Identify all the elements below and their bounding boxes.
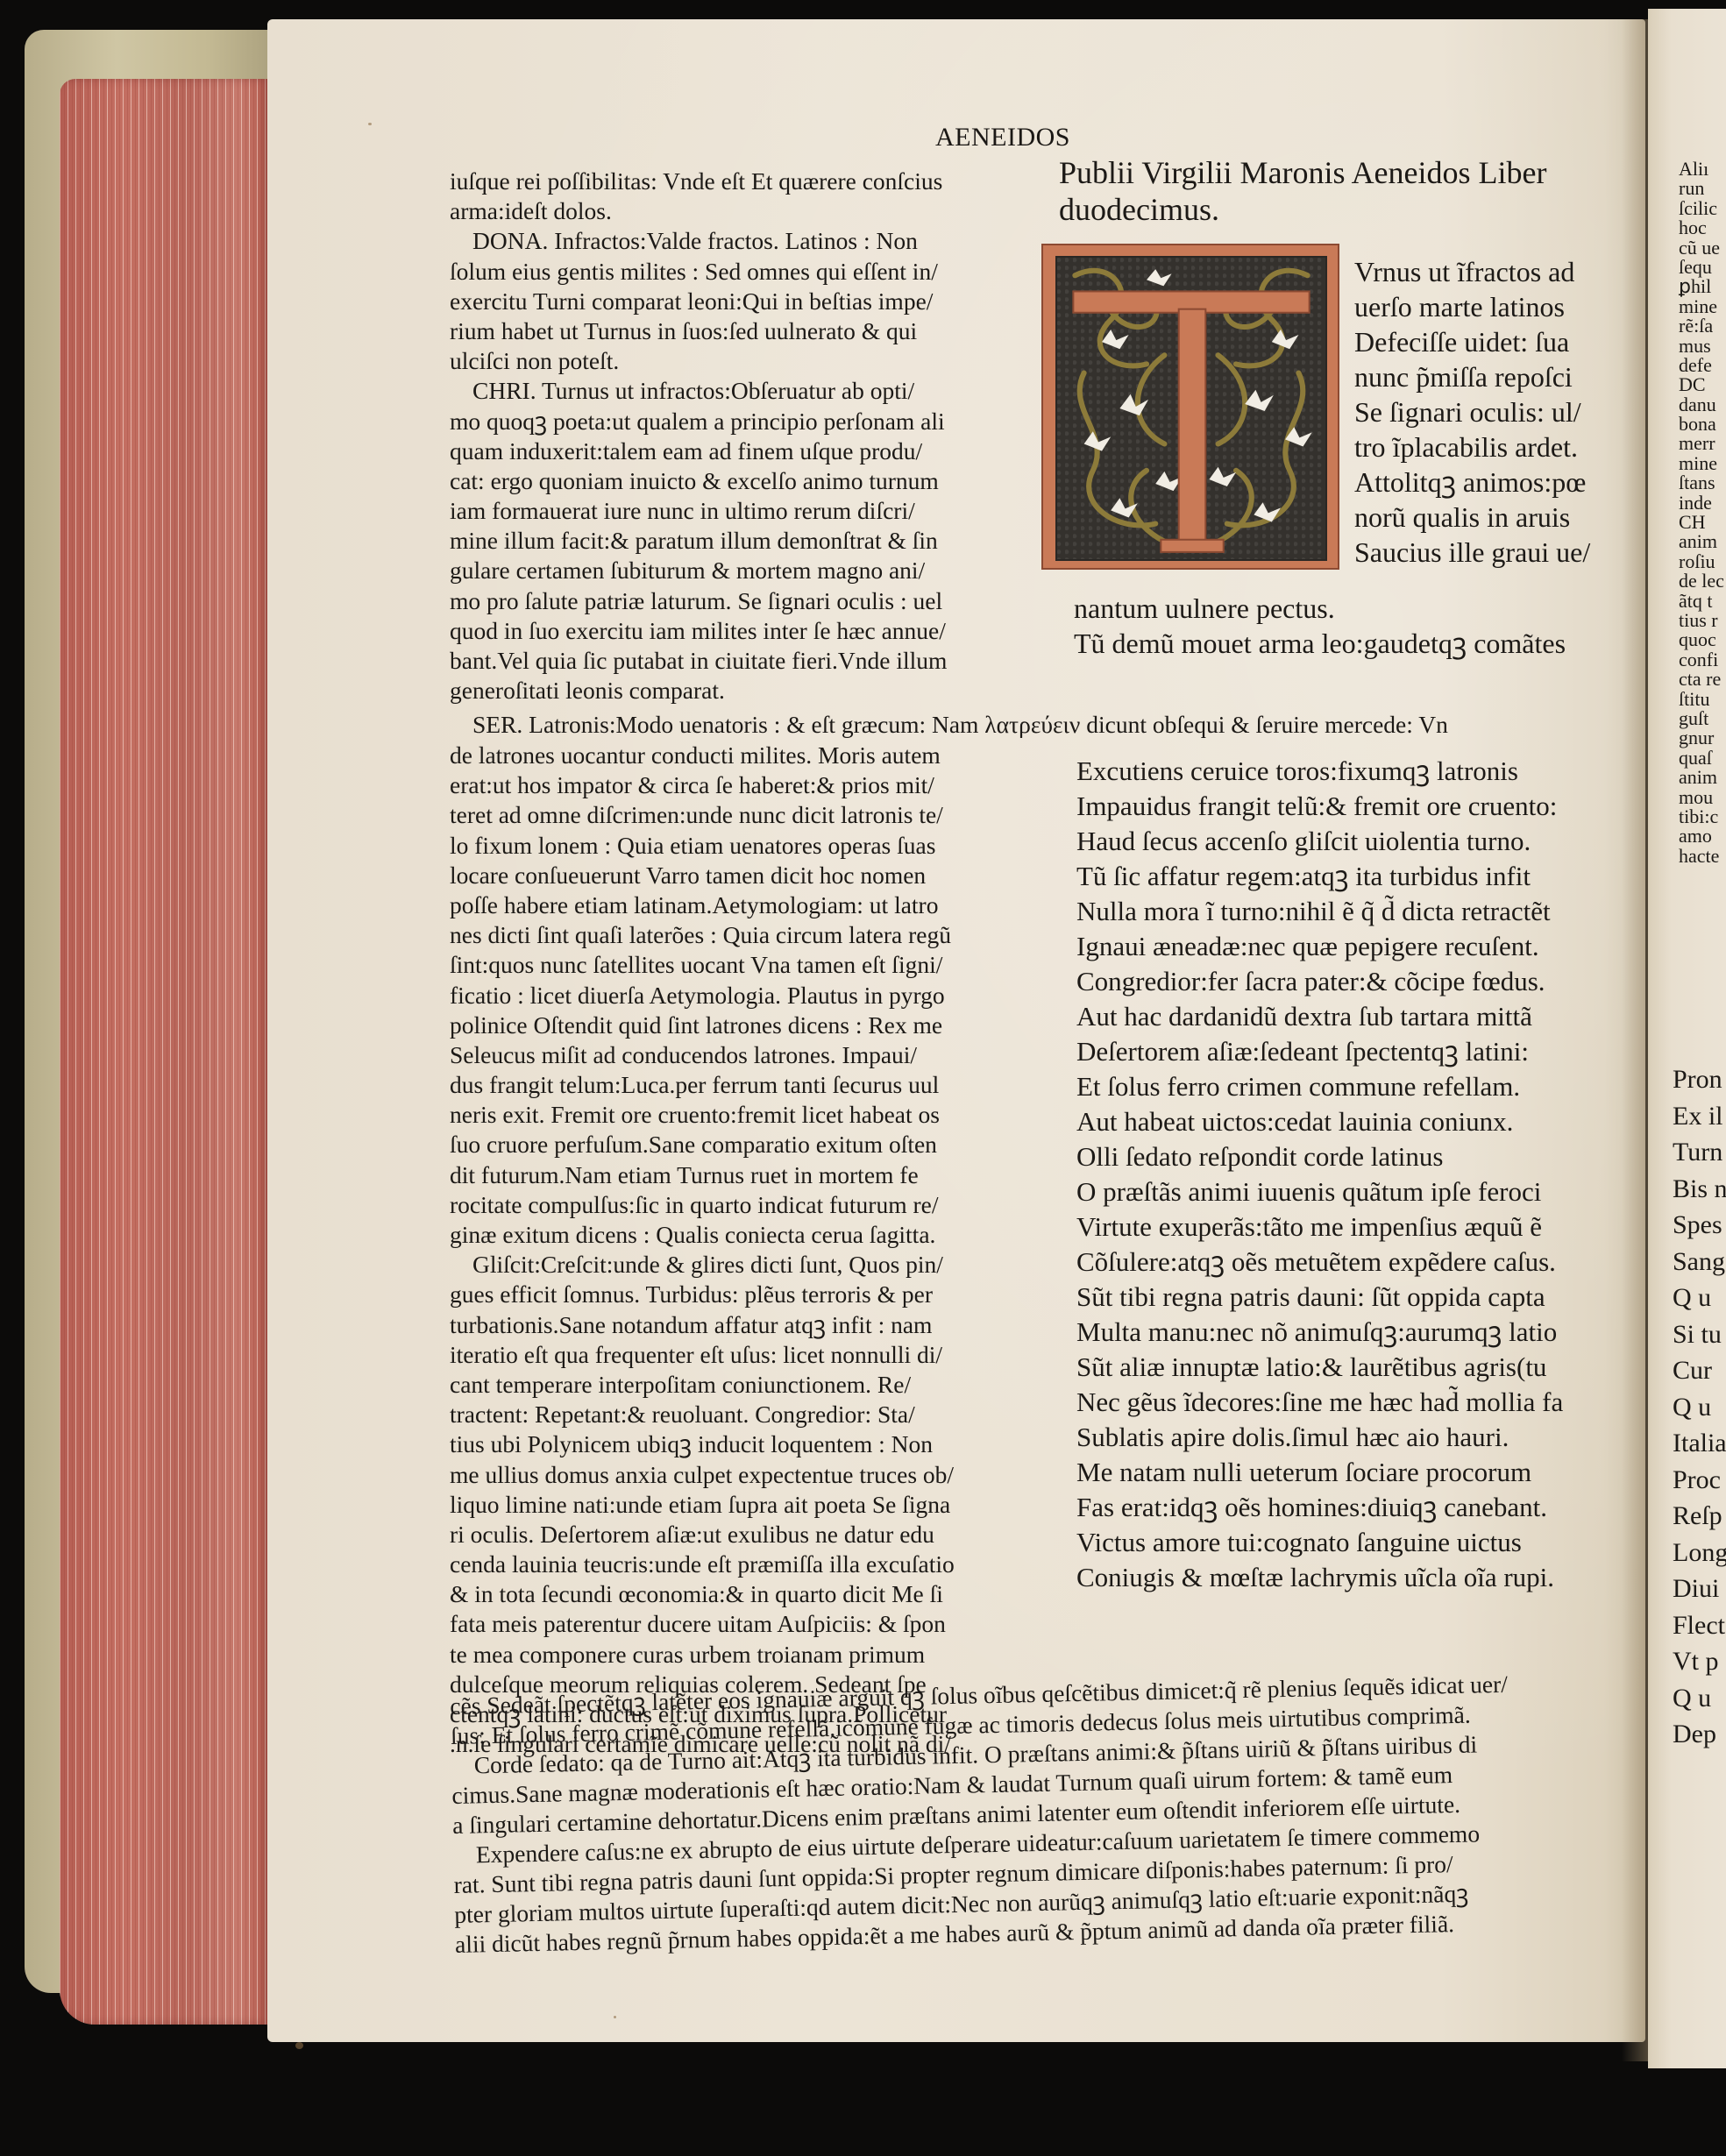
facing-commentary-line: mine bbox=[1679, 295, 1724, 315]
verse-line: Impauidus frangit telũ:& fremit ore crue… bbox=[1076, 789, 1563, 824]
facing-verse-line: Ex il bbox=[1673, 1102, 1726, 1138]
verse-line: Nec gẽus ĩdecores:ſine me hæc had̃ molli… bbox=[1076, 1385, 1563, 1420]
facing-page-fragment: Aliırunſcilichoccũ ueſequꝑhilminerẽ:ſamu… bbox=[1648, 9, 1726, 2068]
facing-commentary-line: amo bbox=[1679, 825, 1724, 844]
facing-commentary-line: defe bbox=[1679, 354, 1724, 373]
paper-fleck bbox=[614, 2016, 616, 2018]
verse-line: Congredior:fer ſacra pater:& cõcipe fœdu… bbox=[1076, 964, 1563, 999]
verse-line: Me natam nulli ueterum ſociare procorum bbox=[1076, 1455, 1563, 1490]
commentary-line: SER. Latronis:Modo uenatoris : & eſt græ… bbox=[450, 710, 1598, 740]
commentary-line: gulare certamen ſubiturum & mortem magno… bbox=[450, 556, 1028, 585]
verse-line: Saucius ille graui ue/ bbox=[1354, 535, 1590, 570]
commentary-line: CHRI. Turnus ut infractos:Obſeruatur ab … bbox=[450, 376, 1028, 406]
commentary-line: erat:ut hos impator & circa ſe haberet:&… bbox=[450, 770, 1028, 800]
commentary-line: & in tota ſecundi œconomia:& in quarto d… bbox=[450, 1579, 1028, 1609]
facing-verse-line: Q u bbox=[1673, 1283, 1726, 1320]
commentary-line: gues efficit ſomnus. Turbidus: plẽus ter… bbox=[450, 1280, 1028, 1309]
commentary-line: tractent: Repetant:& reuoluant. Congredi… bbox=[450, 1400, 1028, 1429]
facing-commentary-line: ãtq t bbox=[1679, 590, 1724, 609]
verse-line: Multa manu:nec nõ animuſqꝫ:aurumqꝫ latio bbox=[1076, 1315, 1563, 1350]
facing-commentary-line: hacte bbox=[1679, 845, 1724, 864]
verse-line: Defeciſſe uidet: ſua bbox=[1354, 324, 1590, 359]
facing-commentary-line: ꝑhil bbox=[1679, 275, 1724, 294]
commentary-column-middle: de latrones uocantur conducti milites. M… bbox=[450, 741, 1028, 1759]
commentary-line: cat: ergo quoniam inuicto & excelſo anim… bbox=[450, 466, 1028, 496]
commentary-line: turbationis.Sane notandum affatur atqꝫ i… bbox=[450, 1310, 1028, 1340]
facing-commentary-line: quaſ bbox=[1679, 747, 1724, 766]
commentary-line: ſolum eius gentis milites : Sed omnes qu… bbox=[450, 257, 1028, 287]
verse-line: nunc p̃miſſa repoſci bbox=[1354, 359, 1590, 394]
commentary-line: bant.Vel quia ſic putabat in ciuitate fi… bbox=[450, 646, 1028, 676]
verse-line: Sũt aliæ innuptæ latio:& laurẽtibus agri… bbox=[1076, 1350, 1563, 1385]
commentary-line: teret ad omne diſcrimen:unde nunc dicit … bbox=[450, 800, 1028, 830]
commentary-line: me ullius domus anxia culpet expectentue… bbox=[450, 1460, 1028, 1490]
commentary-line: quam induxerit:talem eam ad finem uſque … bbox=[450, 436, 1028, 466]
facing-commentary-line: cta re bbox=[1679, 668, 1724, 687]
verse-line: Cõſulere:atqꝫ oẽs metuẽtem expẽdere caſu… bbox=[1076, 1245, 1563, 1280]
commentary-column-top: iuſque rei poſſibilitas: Vnde eſt Et quæ… bbox=[450, 167, 1028, 706]
commentary-line: mine illum facit:& paratum illum demonſt… bbox=[450, 526, 1028, 556]
commentary-line: ulciſci non poteſt. bbox=[450, 346, 1028, 376]
facing-verse-line: Q u bbox=[1673, 1393, 1726, 1429]
verse-line: norũ qualis in aruis bbox=[1354, 500, 1590, 535]
facing-commentary-line: bona bbox=[1679, 413, 1724, 432]
commentary-line: tius ubi Polynicem ubiqꝫ inducit loquent… bbox=[450, 1429, 1028, 1459]
commentary-line: te mea componere curas urbem troianam pr… bbox=[450, 1640, 1028, 1670]
illuminated-initial-T bbox=[1041, 244, 1339, 570]
facing-commentary-line: cũ ue bbox=[1679, 237, 1724, 256]
verse-line: Virtute exuperãs:tãto me impenſius æquũ … bbox=[1076, 1209, 1563, 1245]
commentary-line: exercitu Turni comparat leoni:Qui in beſ… bbox=[450, 287, 1028, 316]
commentary-line: locare conſueuerunt Varro tamen dicit ho… bbox=[450, 861, 1028, 890]
facing-verse-line: Q u bbox=[1673, 1684, 1726, 1720]
verse-line: Olli ſedato reſpondit corde latinus bbox=[1076, 1139, 1563, 1174]
facing-commentary-line: DC bbox=[1679, 373, 1724, 393]
facing-verse-line: Dep bbox=[1673, 1720, 1726, 1756]
commentary-ser-line: SER. Latronis:Modo uenatoris : & eſt græ… bbox=[450, 710, 1598, 740]
commentary-line: neris exit. Fremit ore cruento:fremit li… bbox=[450, 1100, 1028, 1130]
commentary-line: polinice Oſtendit quid ſint latrones dic… bbox=[450, 1011, 1028, 1040]
verses-lower: Excutiens ceruice toros:fixumqꝫ latronis… bbox=[1076, 754, 1563, 1595]
facing-commentary-line: roſiu bbox=[1679, 550, 1724, 570]
facing-commentary-line: gnur bbox=[1679, 727, 1724, 746]
verse-line: Excutiens ceruice toros:fixumqꝫ latronis bbox=[1076, 754, 1563, 789]
verse-line: Sublatis apire dolis.ſimul hæc aio hauri… bbox=[1076, 1420, 1563, 1455]
book-title: Publii Virgilii Maronis Aeneidos Liber d… bbox=[1059, 154, 1602, 228]
commentary-line: arma:ideſt dolos. bbox=[450, 196, 1028, 226]
commentary-line: quod in ſuo exercitu iam milites inter ſ… bbox=[450, 616, 1028, 646]
facing-commentary-line: anim bbox=[1679, 530, 1724, 550]
facing-commentary-line: CH bbox=[1679, 511, 1724, 530]
facing-verse-line: Reſp bbox=[1673, 1501, 1726, 1538]
commentary-line: generoſitati leonis comparat. bbox=[450, 676, 1028, 706]
facing-commentary-line: Aliı bbox=[1679, 158, 1724, 177]
commentary-line: dit futurum.Nam etiam Turnus ruet in mor… bbox=[450, 1160, 1028, 1190]
facing-commentary-line: ſcilic bbox=[1679, 197, 1724, 216]
verse-line: tro ĩplacabilis ardet. bbox=[1354, 429, 1590, 465]
facing-verse-line: Flect bbox=[1673, 1611, 1726, 1648]
facing-verse-line: Spes bbox=[1673, 1210, 1726, 1247]
facing-commentary-line: quoc bbox=[1679, 628, 1724, 648]
initial-foliage-ground bbox=[1055, 256, 1327, 561]
commentary-line: iteratio eſt qua frequenter eſt uſus: li… bbox=[450, 1340, 1028, 1370]
verse-line: Aut hac dardanidũ dextra ſub tartara mit… bbox=[1076, 999, 1563, 1034]
commentary-line: de latrones uocantur conducti milites. M… bbox=[450, 741, 1028, 770]
facing-commentary-line: mine bbox=[1679, 452, 1724, 472]
facing-verse-line: Sang bbox=[1673, 1247, 1726, 1284]
facing-commentary-line: ſtans bbox=[1679, 472, 1724, 491]
facing-verse-line: Proc bbox=[1673, 1465, 1726, 1502]
verse-line: Tũ demũ mouet arma leo:gaudetqꝫ comãtes bbox=[1074, 626, 1566, 661]
verse-line: uerſo marte latinos bbox=[1354, 289, 1590, 324]
commentary-line: poſſe habere etiam latinam.Aetymologiam:… bbox=[450, 890, 1028, 920]
facing-verse-line: Long bbox=[1673, 1538, 1726, 1575]
commentary-line: Gliſcit:Creſcit:unde & glires dicti ſunt… bbox=[450, 1250, 1028, 1280]
verse-line: Attolitqꝫ animos:pœ bbox=[1354, 465, 1590, 500]
facing-commentary: Aliırunſcilichoccũ ueſequꝑhilminerẽ:ſamu… bbox=[1679, 158, 1724, 864]
verse-line: Aut habeat uictos:cedat lauinia coniunx. bbox=[1076, 1104, 1563, 1139]
facing-commentary-line: ſtitu bbox=[1679, 688, 1724, 707]
facing-commentary-line: ſequ bbox=[1679, 256, 1724, 275]
facing-verse-line: Italia bbox=[1673, 1429, 1726, 1465]
facing-verse-line: Si tu bbox=[1673, 1320, 1726, 1357]
commentary-line: iam formauerat iure nunc in ultimo rerum… bbox=[450, 496, 1028, 526]
verse-line: Se ſignari oculis: ul/ bbox=[1354, 394, 1590, 429]
verse-line: Ignaui æneadæ:nec quæ pepigere recuſent. bbox=[1076, 929, 1563, 964]
facing-commentary-line: guſt bbox=[1679, 707, 1724, 727]
verse-line: Fas erat:idqꝫ oẽs homines:diuiqꝫ caneban… bbox=[1076, 1490, 1563, 1525]
facing-commentary-line: mus bbox=[1679, 335, 1724, 354]
commentary-line: fata meis paterentur ducere uitam Auſpic… bbox=[450, 1609, 1028, 1639]
facing-verse-line: Diui bbox=[1673, 1574, 1726, 1611]
facing-commentary-line: confi bbox=[1679, 649, 1724, 668]
facing-commentary-line: run bbox=[1679, 177, 1724, 196]
commentary-line: liquo limine nati:unde etiam ſupra ait p… bbox=[450, 1490, 1028, 1520]
facing-verse-line: Turn bbox=[1673, 1138, 1726, 1174]
commentary-line: ficatio : licet diuerſa Aetymologia. Pla… bbox=[450, 981, 1028, 1011]
commentary-line: rocitate compulſus:ſic in quarto indicat… bbox=[450, 1190, 1028, 1220]
commentary-line: mo quoqꝫ poeta:ut qualem a principio per… bbox=[450, 407, 1028, 436]
verse-line: Nulla mora ĩ turno:nihil ẽ q̃ d̃ dicta r… bbox=[1076, 894, 1563, 929]
facing-commentary-line: mou bbox=[1679, 786, 1724, 805]
facing-commentary-line: anim bbox=[1679, 766, 1724, 785]
red-stained-page-edges bbox=[60, 79, 270, 2025]
commentary-line: ſint:quos nunc ſatellites uocant Vna tam… bbox=[450, 950, 1028, 980]
paper-fleck bbox=[295, 2042, 303, 2049]
commentary-full-width-bottom: cẽs Sedeãt ſpectẽtqꝫ latẽter eos ignauiæ… bbox=[450, 1668, 1603, 1960]
verses-after-initial: nantum uulnere pectus.Tũ demũ mouet arma… bbox=[1074, 591, 1566, 661]
commentary-line: mo pro ſalute patriæ laturum. Se ſignari… bbox=[450, 586, 1028, 616]
commentary-line: lo fixum lonem : Quia etiam uenatores op… bbox=[450, 831, 1028, 861]
paper-fleck bbox=[368, 123, 372, 125]
facing-commentary-line: de lec bbox=[1679, 570, 1724, 589]
verse-line: Deſertorem aſiæ:ſedeant ſpectentqꝫ latin… bbox=[1076, 1034, 1563, 1069]
commentary-line: ri oculis. Deſertorem aſiæ:ut exulibus n… bbox=[450, 1520, 1028, 1550]
verse-line: Tũ ſic affatur regem:atqꝫ ita turbidus i… bbox=[1076, 859, 1563, 894]
facing-verse-line: Cur bbox=[1673, 1356, 1726, 1393]
commentary-line: ſuo cruore perfuſum.Sane comparatio exit… bbox=[450, 1130, 1028, 1160]
verse-line: Victus amore tui:cognato ſanguine uictus bbox=[1076, 1525, 1563, 1560]
facing-commentary-line: tibi:c bbox=[1679, 805, 1724, 825]
commentary-line: dus frangit telum:Luca.per ferrum tanti … bbox=[450, 1070, 1028, 1100]
facing-commentary-line: tius r bbox=[1679, 609, 1724, 628]
facing-verse-line: Pron bbox=[1673, 1065, 1726, 1102]
verse-line: Coniugis & mœſtæ lachrymis uĩcla oĩa rup… bbox=[1076, 1560, 1563, 1595]
verse-line: Vrnus ut ĩfractos ad bbox=[1354, 254, 1590, 289]
verse-line: Sũt tibi regna patris dauni: ſũt oppida … bbox=[1076, 1280, 1563, 1315]
verse-line: nantum uulnere pectus. bbox=[1074, 591, 1566, 626]
facing-verses: PronEx ilTurnBis nSpesSangQ uSi tuCurQ u… bbox=[1673, 1065, 1726, 1756]
commentary-line: cant temperare interpoſitam coniunctione… bbox=[450, 1370, 1028, 1400]
facing-commentary-line: merr bbox=[1679, 432, 1724, 451]
verse-line: O præſtãs animi iuuenis quãtum ipſe fero… bbox=[1076, 1174, 1563, 1209]
verse-line: Et ſolus ferro crimen commune refellam. bbox=[1076, 1069, 1563, 1104]
facing-commentary-line: danu bbox=[1679, 394, 1724, 413]
running-head: AENEIDOS bbox=[935, 123, 1111, 152]
commentary-line: nes dicti ſint quaſi laterões : Quia cir… bbox=[450, 920, 1028, 950]
facing-commentary-line: inde bbox=[1679, 492, 1724, 511]
commentary-line: ginæ exitum dicens : Qualis coniecta cer… bbox=[450, 1220, 1028, 1250]
verses-beside-initial: Vrnus ut ĩfractos aduerſo marte latinosD… bbox=[1354, 254, 1590, 570]
facing-verse-line: Vt p bbox=[1673, 1647, 1726, 1684]
commentary-line: Seleucus miſit ad conducendos latrones. … bbox=[450, 1040, 1028, 1070]
commentary-line: iuſque rei poſſibilitas: Vnde eſt Et quæ… bbox=[450, 167, 1028, 196]
verse-line: Haud ſecus accenſo gliſcit uiolentia tur… bbox=[1076, 824, 1563, 859]
facing-verse-line: Bis n bbox=[1673, 1174, 1726, 1211]
facing-commentary-line: hoc bbox=[1679, 216, 1724, 236]
facing-commentary-line: rẽ:ſa bbox=[1679, 315, 1724, 334]
commentary-line: DONA. Infractos:Valde fractos. Latinos :… bbox=[450, 226, 1028, 256]
commentary-line: cenda lauinia teucris:unde eſt præmiſſa … bbox=[450, 1550, 1028, 1579]
initial-vine-ornament-icon bbox=[1057, 258, 1325, 559]
commentary-line: rium habet ut Turnus in ſuos:ſed uulnera… bbox=[450, 316, 1028, 346]
